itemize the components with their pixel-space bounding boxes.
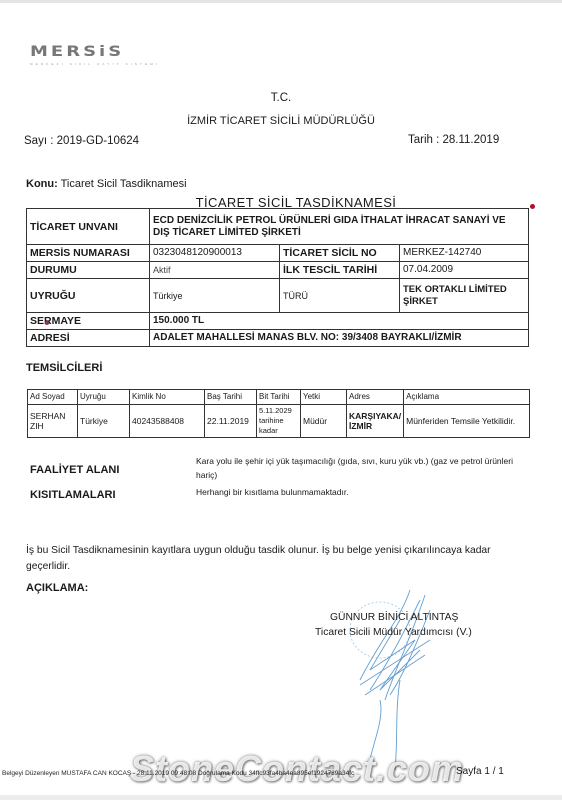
explanation-label: AÇIKLAMA:	[26, 582, 88, 594]
first-registration-value: 07.04.2009	[400, 262, 529, 279]
table-cell: Müdür	[301, 405, 347, 438]
activity-label: FAALİYET ALANI	[30, 464, 119, 476]
table-cell: Münferiden Temsile Yetkilidir.	[404, 405, 530, 438]
activity-value: Kara yolu ile şehir içi yük taşımacılığı…	[196, 454, 516, 482]
logo-subtitle: MERKEZI SICIL KAYIT SISTEMI	[30, 62, 150, 66]
subject-label: Konu:	[26, 178, 58, 190]
type-label: TÜRÜ	[280, 279, 400, 313]
table-row: ADRESİ ADALET MAHALLESİ MANAS BLV. NO: 3…	[27, 330, 529, 347]
first-registration-label: İLK TESCİL TARİHİ	[280, 262, 400, 279]
table-row: TİCARET UNVANI ECD DENİZCİLİK PETROL ÜRÜ…	[27, 209, 529, 245]
table-cell: 5.11.2029 tarihine kadar	[257, 405, 301, 438]
column-header: Baş Tarihi	[205, 390, 257, 405]
table-row: SERMAYE 150.000 TL	[27, 313, 529, 330]
document-number: Sayı : 2019-GD-10624	[24, 135, 139, 147]
subject-value: Ticaret Sicil Tasdiknamesi	[61, 178, 187, 190]
status-value: Aktif	[150, 262, 280, 279]
signature-scribble-icon	[340, 580, 450, 770]
restrictions-label: KISITLAMALARI	[30, 489, 116, 501]
restrictions-value: Herhangi bir kısıtlama bulunmamaktadır.	[196, 487, 349, 497]
page-number: Sayfa 1 / 1	[456, 766, 504, 777]
column-header: Uyruğu	[78, 390, 130, 405]
table-header-row: Ad SoyadUyruğuKimlik NoBaş TarihiBit Tar…	[28, 390, 530, 405]
bottom-border	[0, 795, 562, 800]
column-header: Yetki	[301, 390, 347, 405]
column-header: Adres	[347, 390, 404, 405]
column-header: Ad Soyad	[28, 390, 78, 405]
table-cell: SERHAN ZIH	[28, 405, 78, 438]
table-cell: 40243588408	[130, 405, 205, 438]
logo-word: MERSiS	[30, 44, 150, 60]
registry-no-label: TİCARET SİCİL NO	[280, 245, 400, 262]
address-value: ADALET MAHALLESİ MANAS BLV. NO: 39/3408 …	[150, 330, 529, 347]
trade-name-value: ECD DENİZCİLİK PETROL ÜRÜNLERİ GIDA İTHA…	[150, 209, 529, 245]
nationality-value: Türkiye	[150, 279, 280, 313]
top-border	[0, 0, 562, 3]
representatives-title: TEMSİLCİLERİ	[26, 362, 102, 374]
table-row: DURUMU Aktif İLK TESCİL TARİHİ 07.04.200…	[27, 262, 529, 279]
table-row: SERHAN ZIHTürkiye4024358840822.11.20195.…	[28, 405, 530, 438]
trade-name-label: TİCARET UNVANI	[27, 209, 150, 245]
watermark: StoneContact.com	[130, 748, 464, 790]
table-row: MERSİS NUMARASI 0323048120900013 TİCARET…	[27, 245, 529, 262]
ink-dot	[45, 321, 49, 325]
column-header: Bit Tarihi	[257, 390, 301, 405]
header-office: İZMİR TİCARET SİCİLİ MÜDÜRLÜĞÜ	[0, 115, 562, 127]
footer-issuer: Belgeyi Düzenleyen MUSTAFA CAN KOCAŞ - 2…	[2, 770, 354, 777]
nationality-label: UYRUĞU	[27, 279, 150, 313]
table-cell: 22.11.2019	[205, 405, 257, 438]
mersis-value: 0323048120900013	[150, 245, 280, 262]
subject: Konu: Ticaret Sicil Tasdiknamesi	[26, 178, 187, 190]
table-cell: Türkiye	[78, 405, 130, 438]
status-label: DURUMU	[27, 262, 150, 279]
table-cell: KARŞIYAKA/ İZMİR	[347, 405, 404, 438]
signatory-name: GÜNNUR BİNİCİ ALTINTAŞ	[330, 612, 458, 623]
ink-dot	[530, 204, 535, 209]
mersis-logo: MERSiS MERKEZI SICIL KAYIT SISTEMI	[30, 44, 150, 66]
representatives-table: Ad SoyadUyruğuKimlik NoBaş TarihiBit Tar…	[27, 389, 530, 438]
document-date: Tarih : 28.11.2019	[408, 134, 499, 146]
type-value: TEK ORTAKLI LİMİTED ŞİRKET	[400, 279, 529, 313]
company-info-table: TİCARET UNVANI ECD DENİZCİLİK PETROL ÜRÜ…	[26, 208, 529, 347]
column-header: Kimlik No	[130, 390, 205, 405]
registry-no-value: MERKEZ-142740	[400, 245, 529, 262]
capital-value: 150.000 TL	[150, 313, 529, 330]
mersis-label: MERSİS NUMARASI	[27, 245, 150, 262]
signatory-title: Ticaret Sicili Müdür Yardımcısı (V.)	[315, 627, 472, 638]
header-tc: T.C.	[0, 92, 562, 104]
certification-statement: İş bu Sicil Tasdiknamesinin kayıtlara uy…	[26, 543, 536, 575]
table-row: UYRUĞU Türkiye TÜRÜ TEK ORTAKLI LİMİTED …	[27, 279, 529, 313]
address-label: ADRESİ	[27, 330, 150, 347]
column-header: Açıklama	[404, 390, 530, 405]
